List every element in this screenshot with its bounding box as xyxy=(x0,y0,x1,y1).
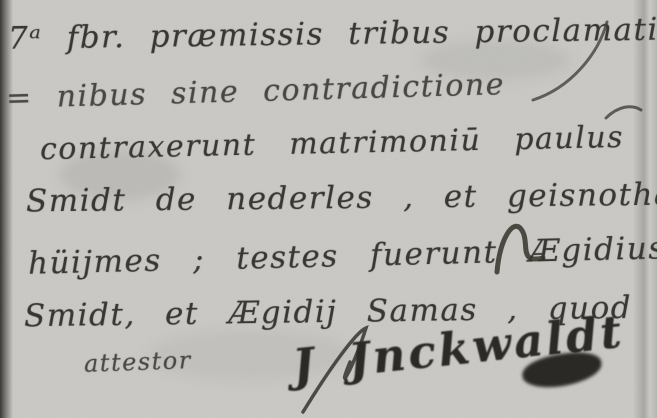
manuscript-line-3: contraxerunt matrimoniū paulus xyxy=(40,120,625,167)
manuscript-line-4: Smidt de nederles , et geisnotha xyxy=(26,177,657,220)
manuscript-page: 7ᵃ fbr. præmissis tribus proclamatio̅ = … xyxy=(0,0,657,418)
manuscript-line-5: hüijmes ; testes fuerunt Ægidius xyxy=(28,230,657,282)
manuscript-line-2: = nibus sine contradictione xyxy=(6,67,506,116)
attestation-line: attestor xyxy=(84,346,193,378)
manuscript-line-1: 7ᵃ fbr. præmissis tribus proclamatio̅ xyxy=(8,11,657,56)
book-gutter-shadow xyxy=(0,0,13,418)
